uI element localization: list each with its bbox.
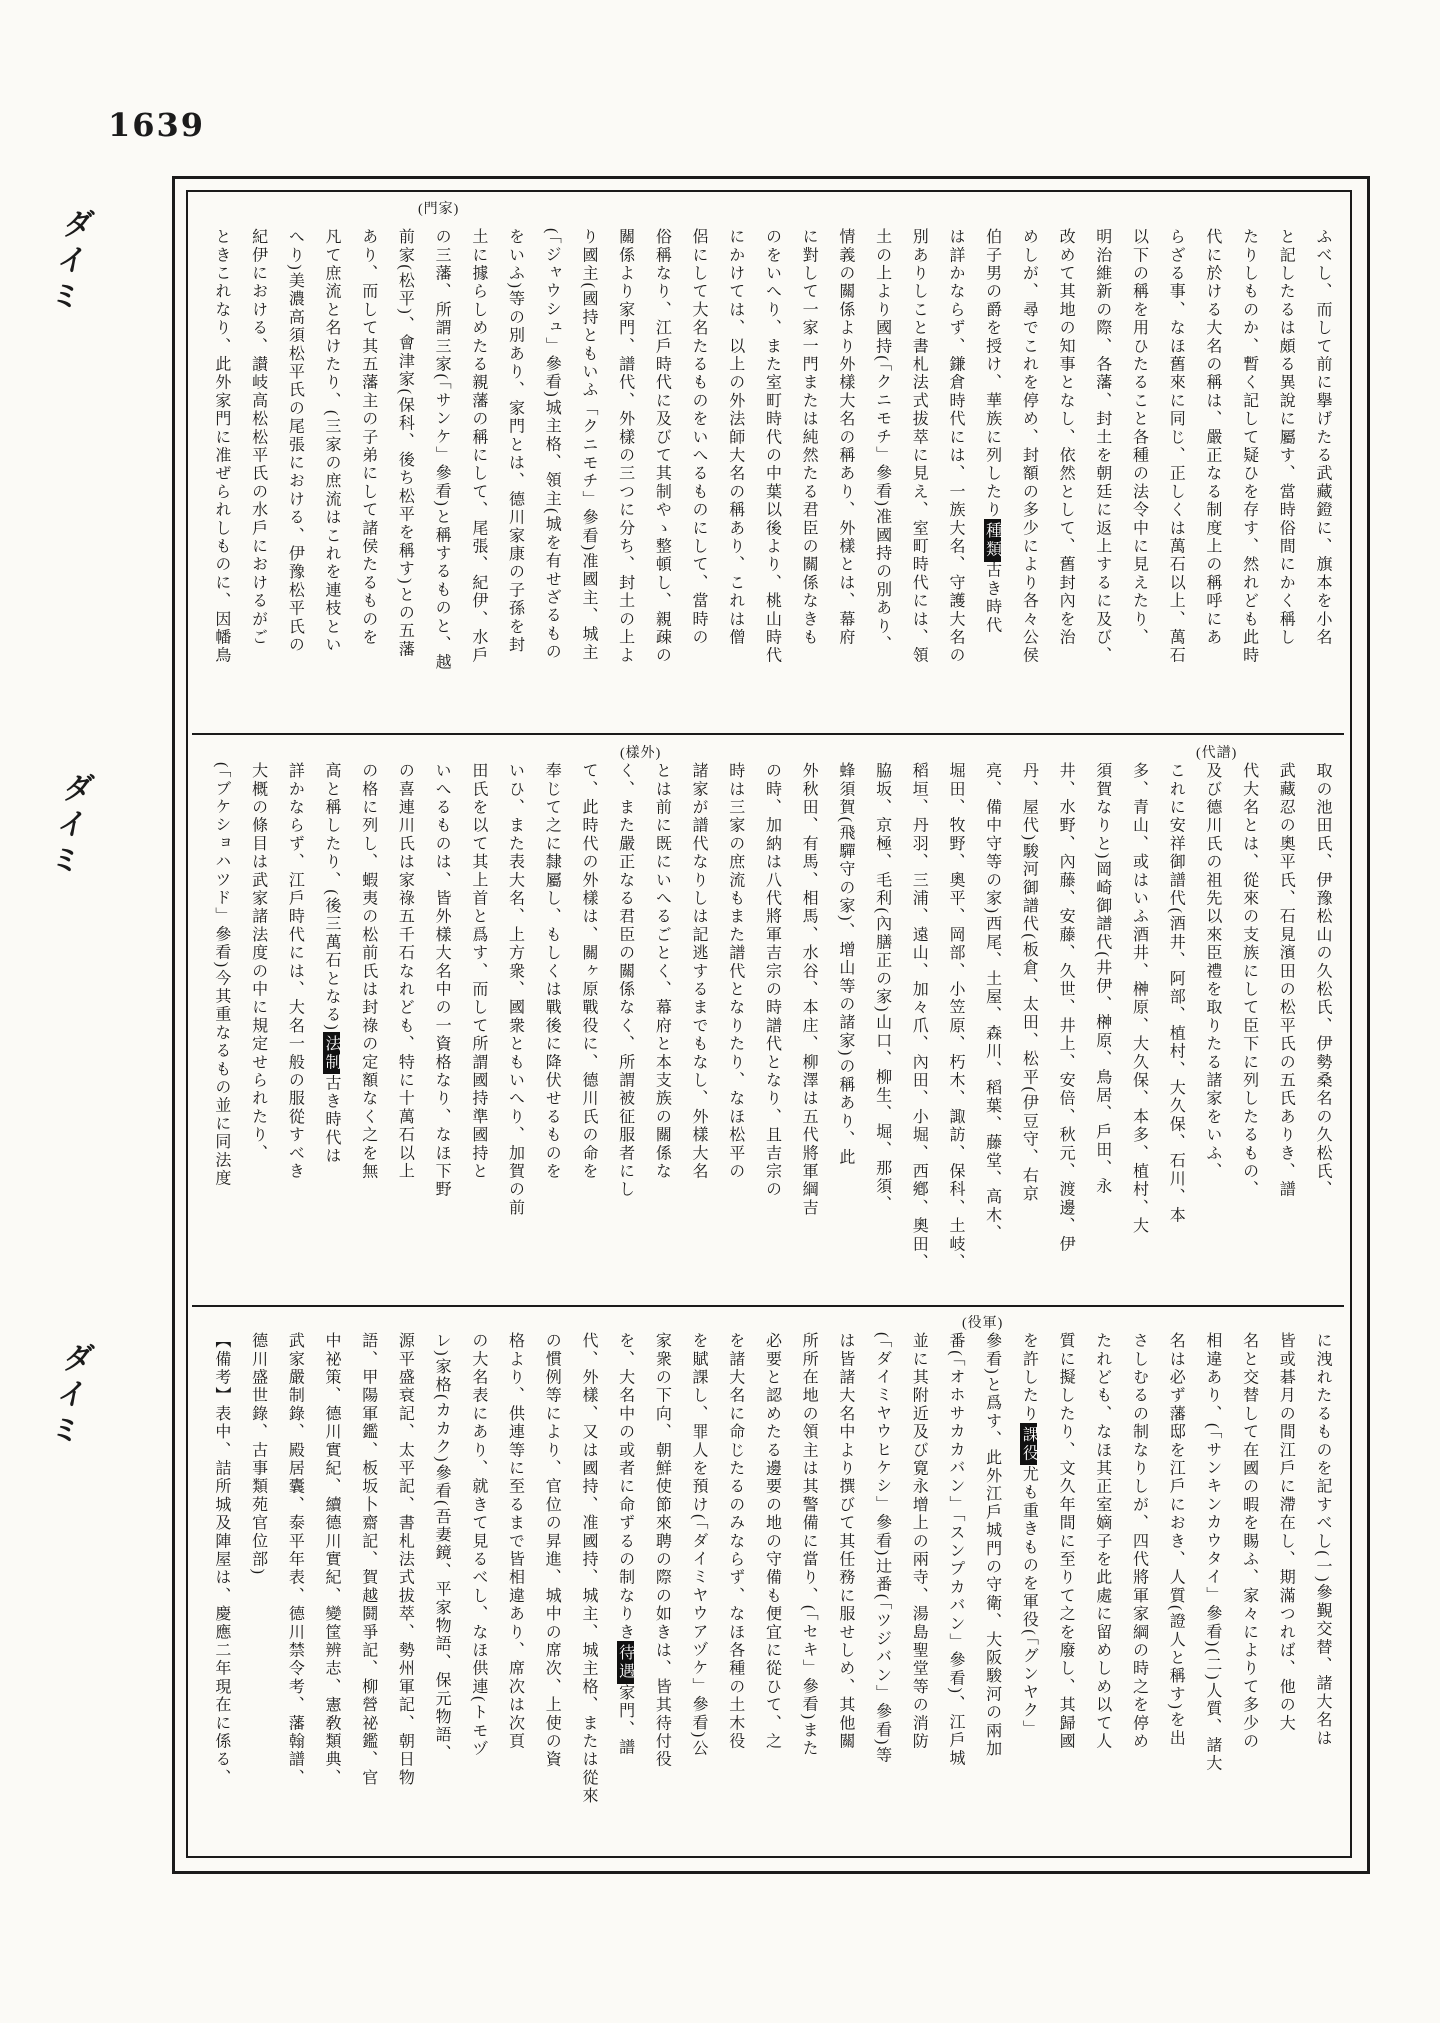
text-column: 別ありしこと書札法式拔萃に見え、室町時代には、領 bbox=[900, 228, 937, 730]
row-divider-line-1 bbox=[192, 733, 1344, 735]
page-number: 1639 bbox=[108, 106, 205, 144]
running-note-gunyaku: (役軍) bbox=[962, 1312, 1003, 1332]
text-column: は皆諸大名中より撰びて其任務に服せしめ、其他關 bbox=[826, 1332, 863, 1852]
text-column: 家衆の下向、朝鮮使節來聘の際の如きは、皆其待付役 bbox=[643, 1332, 680, 1852]
text-column: 格より、供連等に至るまで皆相違あり、席次は次頁 bbox=[496, 1332, 533, 1852]
text-column: 田氏を以て其上首と爲す、而して所謂國持準國持と bbox=[459, 762, 496, 1300]
text-column: たれども、なほ其正室嫡子を此處に留めしめ以て人 bbox=[1083, 1332, 1120, 1852]
text-column: 所所在地の領主は其警備に當り、(「セキ」參看)また bbox=[789, 1332, 826, 1852]
text-column: 代、外樣、又は國持、准國持、城主、城主格、または從來 bbox=[569, 1332, 606, 1852]
text-column: 必要と認めたる邊要の地の守備も便宜に從ひて、之 bbox=[753, 1332, 790, 1852]
text-column: 語、甲陽軍鑑、板坂卜齋記、賀越鬪爭記、柳營祕鑑、官 bbox=[349, 1332, 386, 1852]
text-column: さしむるの制なりしが、四代將軍家綱の時之を停め bbox=[1120, 1332, 1157, 1852]
text-column: 諸家が譜代なりしは記逃するまでもなし、外樣大名 bbox=[679, 762, 716, 1300]
text-column: 侶にして大名たるものをいへるものにして、當時の bbox=[679, 228, 716, 730]
text-column: めしが、尋でこれを停め、封額の多少により各々公侯 bbox=[1010, 228, 1047, 730]
text-column: は詳かならず、鎌倉時代には、一族大名、守護大名の bbox=[936, 228, 973, 730]
section-header: 種類 bbox=[984, 519, 1001, 561]
text-column: を賦課し、罪人を預け(「ダイミヤウアヅケ」參看)公 bbox=[679, 1332, 716, 1852]
text-column: 源平盛衰記、太平記、書札法式拔萃、勢州軍記、朝日物 bbox=[386, 1332, 423, 1852]
text-column: 蜂須賀(飛驒守の家)、增山等の諸家)の稱あり、此 bbox=[826, 762, 863, 1300]
text-block-row-2: 取の池田氏、伊豫松山の久松氏、伊勢桑名の久松氏、武藏忍の奧平氏、石見濱田の松平氏… bbox=[200, 762, 1340, 1300]
text-column: へり)美濃高須松平氏の尾張における、伊豫松平氏の bbox=[276, 228, 313, 730]
text-column: の格に列し、蝦夷の松前氏は封祿の定額なく之を無 bbox=[349, 762, 386, 1300]
text-column: 番(「オホサカカバン」「スンプカバン」參看)、江戶城 bbox=[936, 1332, 973, 1852]
text-column: を諸大名に命じたるのみならず、なほ各種の土木役 bbox=[716, 1332, 753, 1852]
running-note-tozama: (樣外) bbox=[620, 742, 661, 762]
text-column: の喜連川氏は家祿五千石なれども、特に十萬石以上 bbox=[386, 762, 423, 1300]
text-column: を許したり課役尤も重きものを軍役(「グンヤク」 bbox=[1010, 1332, 1047, 1852]
text-column: ふべし、而して前に擧げたる武藏鐙に、旗本を小名 bbox=[1303, 228, 1340, 730]
running-note-fudai: (代譜) bbox=[1196, 742, 1237, 762]
text-column: 俗稱なり、江戶時代に及びて其制やゝ整頓し、親疎の bbox=[643, 228, 680, 730]
text-column: 多、青山、或はいふ酒井、榊原、大久保、本多、植村、大 bbox=[1120, 762, 1157, 1300]
text-column: 以下の稱を用ひたること各種の法令中に見えたり、 bbox=[1120, 228, 1157, 730]
text-column: の三藩、所謂三家(「サンケ」參看)と稱するものと、越 bbox=[422, 228, 459, 730]
text-column: 亮、備中守等の家)西尾、土屋、森川、稻葉、藤堂、高木、 bbox=[973, 762, 1010, 1300]
text-column: これに安祥御譜代(酒井、阿部、植村、大久保、石川、本 bbox=[1156, 762, 1193, 1300]
text-column: 井、水野、內藤、安藤、久世、井上、安倍、秋元、渡邊、伊 bbox=[1046, 762, 1083, 1300]
text-column: 取の池田氏、伊豫松山の久松氏、伊勢桑名の久松氏、 bbox=[1303, 762, 1340, 1300]
text-column: 丹、屋代)駿河御譜代(板倉、太田、松平(伊豆守、右京 bbox=[1010, 762, 1047, 1300]
text-column: 稻垣、丹羽、三浦、遠山、加々爪、內田、小堀、西鄕、奧田、 bbox=[900, 762, 937, 1300]
text-column: のをいへり、また室町時代の中葉以後より、桃山時代 bbox=[753, 228, 790, 730]
text-column: の慣例等により、官位の昇進、城中の席次、上使の資 bbox=[533, 1332, 570, 1852]
text-column: (「ブケショハツド」參看)今其重なるもの並に同法度 bbox=[202, 762, 239, 1300]
text-column: に對して一家一門または純然たる君臣の關係なきも bbox=[789, 228, 826, 730]
text-column: 紀伊における、讃岐高松松平氏の水戶におけるがご bbox=[239, 228, 276, 730]
text-column: たりしものか、暫く記して疑ひを存す、然れども此時 bbox=[1230, 228, 1267, 730]
text-column: 武藏忍の奧平氏、石見濱田の松平氏の五氏ありき、譜 bbox=[1267, 762, 1304, 1300]
text-column: とは前に既にいへるごとく、幕府と本支族の關係な bbox=[643, 762, 680, 1300]
text-column: 土に據らしめたる親藩の稱にして、尾張、紀伊、水戶 bbox=[459, 228, 496, 730]
text-column: 相違あり、(「サンキンカウタイ」參看)(二)人質、諸大 bbox=[1193, 1332, 1230, 1852]
text-column: 關係より家門、譜代、外樣の三つに分ち、封土の上よ bbox=[606, 228, 643, 730]
text-column: 改めて其地の知事となし、依然として、舊封內を治 bbox=[1046, 228, 1083, 730]
text-column: 外秋田、有馬、相馬、水谷、本庄、柳澤は五代將軍綱吉 bbox=[789, 762, 826, 1300]
text-column: にかけては、以上の外法師大名の稱あり、これは僧 bbox=[716, 228, 753, 730]
margin-tab-daimi-2: ダイミ bbox=[36, 772, 99, 880]
text-column: 高と稱したり、(後三萬石となる)法制古き時代は bbox=[312, 762, 349, 1300]
margin-tab-daimi-1: ダイミ bbox=[36, 208, 99, 316]
text-column: (「ジャウシュ」參看)城主格、領主(城を有せざるもの bbox=[533, 228, 570, 730]
text-column: 伯子男の爵を授け、華族に列したり種類古き時代 bbox=[973, 228, 1010, 730]
text-column: 武家嚴制錄、殿居囊、泰平年表、德川禁令考、藩翰譜、 bbox=[276, 1332, 313, 1852]
margin-tab-daimi-3: ダイミ bbox=[36, 1342, 99, 1450]
section-header: 課役 bbox=[1020, 1423, 1037, 1465]
text-column: いひ、また表大名、上方衆、國衆ともいへり、加賀の前 bbox=[496, 762, 533, 1300]
text-column: 【備考】表中、詰所城及陣屋は、慶應二年現在に係る、 bbox=[202, 1332, 239, 1852]
text-column: らざる事、なほ舊來に同じ、正しくは萬石以上、萬石 bbox=[1156, 228, 1193, 730]
text-column: を、大名中の或者に命ずるの制なりき待遇家門、譜 bbox=[606, 1332, 643, 1852]
text-column: の大名表にあり、就きて見るべし、なほ供連(トモヅ bbox=[459, 1332, 496, 1852]
text-column: く、また嚴正なる君臣の關係なく、所謂被征服者にし bbox=[606, 762, 643, 1300]
text-column: 須賀なりと)岡崎御譜代(井伊、榊原、鳥居、戶田、永 bbox=[1083, 762, 1120, 1300]
text-column: 及び德川氏の祖先以來臣禮を取りたる諸家をいふ、 bbox=[1193, 762, 1230, 1300]
text-column: をいふ)等の別あり、家門とは、德川家康の子孫を封 bbox=[496, 228, 533, 730]
text-column: 前家(松平)、會津家(保科、後ち松平を稱す)との五藩 bbox=[386, 228, 423, 730]
text-column: 明治維新の際、各藩、封土を朝廷に返上するに及び、 bbox=[1083, 228, 1120, 730]
text-column: 奉じて之に隸屬し、もしくは戰後に降伏せるものを bbox=[533, 762, 570, 1300]
text-column: 情義の關係より外樣大名の稱あり、外樣とは、幕府 bbox=[826, 228, 863, 730]
text-column: 名と交替して在國の暇を賜ふ、家々によりて多少の bbox=[1230, 1332, 1267, 1852]
text-column: の時、加納は八代將軍吉宗の時譜代となり、且吉宗の bbox=[753, 762, 790, 1300]
section-header: 法制 bbox=[323, 1032, 340, 1074]
text-column: 時は三家の庶流もまた譜代となりたり、なほ松平の bbox=[716, 762, 753, 1300]
text-column: て、此時代の外樣は、關ヶ原戰役に、德川氏の命を bbox=[569, 762, 606, 1300]
text-column: に洩れたるものを記すべし(一)參覲交替、諸大名は bbox=[1303, 1332, 1340, 1852]
text-column: 代に於ける大名の稱は、嚴正なる制度上の稱呼にあ bbox=[1193, 228, 1230, 730]
text-column: り國主(國持ともいふ「クニモチ」參看)准國主、城主 bbox=[569, 228, 606, 730]
text-column: 質に擬したり、文久年間に至りて之を廢し、其歸國 bbox=[1046, 1332, 1083, 1852]
text-column: 詳かならず、江戶時代には、大名一般の服從すべき bbox=[276, 762, 313, 1300]
text-column: 並に其附近及び寛永增上の兩寺、湯島聖堂等の消防 bbox=[900, 1332, 937, 1852]
text-column: 代大名とは、從來の支族にして臣下に列したるもの、 bbox=[1230, 762, 1267, 1300]
text-column: 凡て庶流と名けたり、(三家の庶流はこれを連枝とい bbox=[312, 228, 349, 730]
text-column: 參看)と爲す、此外江戶城門の守衛、大阪駿河の兩加 bbox=[973, 1332, 1010, 1852]
scanned-dictionary-page: 1639 ダイミ ダイミ ダイミ (門家) (代譜) (樣外) (役軍) ふべし… bbox=[0, 0, 1440, 2023]
text-column: 堀田、牧野、奧平、岡部、小笠原、朽木、諏訪、保科、土岐、 bbox=[936, 762, 973, 1300]
text-column: (「ダイミヤウヒケシ」參看)辻番(「ツジバン」參看)等 bbox=[863, 1332, 900, 1852]
text-column: 大概の條目は武家諸法度の中に規定せられたり、 bbox=[239, 762, 276, 1300]
text-block-row-1: ふべし、而して前に擧げたる武藏鐙に、旗本を小名と記したるは頗る異說に屬す、當時俗… bbox=[200, 228, 1340, 730]
text-column: 名は必ず藩邸を江戶におき、人質(證人と稱す)を出 bbox=[1156, 1332, 1193, 1852]
text-column: 脇坂、京極、毛利(內膳正の家)山口、柳生、堀、那須、 bbox=[863, 762, 900, 1300]
text-block-row-3: に洩れたるものを記すべし(一)參覲交替、諸大名は皆或碁月の間江戶に滯在し、期滿つ… bbox=[200, 1332, 1340, 1852]
text-column: レ)家格(カカク)參看(吾妻鏡、平家物語、保元物語、 bbox=[422, 1332, 459, 1852]
text-column: 皆或碁月の間江戶に滯在し、期滿つれば、他の大 bbox=[1267, 1332, 1304, 1852]
text-column: と記したるは頗る異說に屬す、當時俗間にかく稱し bbox=[1267, 228, 1304, 730]
row-divider-line-2 bbox=[192, 1305, 1344, 1307]
section-header: 待遇 bbox=[617, 1641, 634, 1683]
text-column: あり、而して其五藩主の子弟にして諸侯たるものを bbox=[349, 228, 386, 730]
text-column: 中祕策、德川實紀、續德川實紀、變筐辨志、憲敎類典、 bbox=[312, 1332, 349, 1852]
text-column: いへるものは、皆外樣大名中の一資格なり、なほ下野 bbox=[422, 762, 459, 1300]
running-note-kamon: (門家) bbox=[418, 198, 459, 218]
text-column: ときこれなり、此外家門に准ぜられしものに、因幡鳥 bbox=[202, 228, 239, 730]
text-column: 土の上より國持(「クニモチ」參看)准國持の別あり、 bbox=[863, 228, 900, 730]
text-column: 德川盛世錄、古事類苑官位部) bbox=[239, 1332, 276, 1852]
